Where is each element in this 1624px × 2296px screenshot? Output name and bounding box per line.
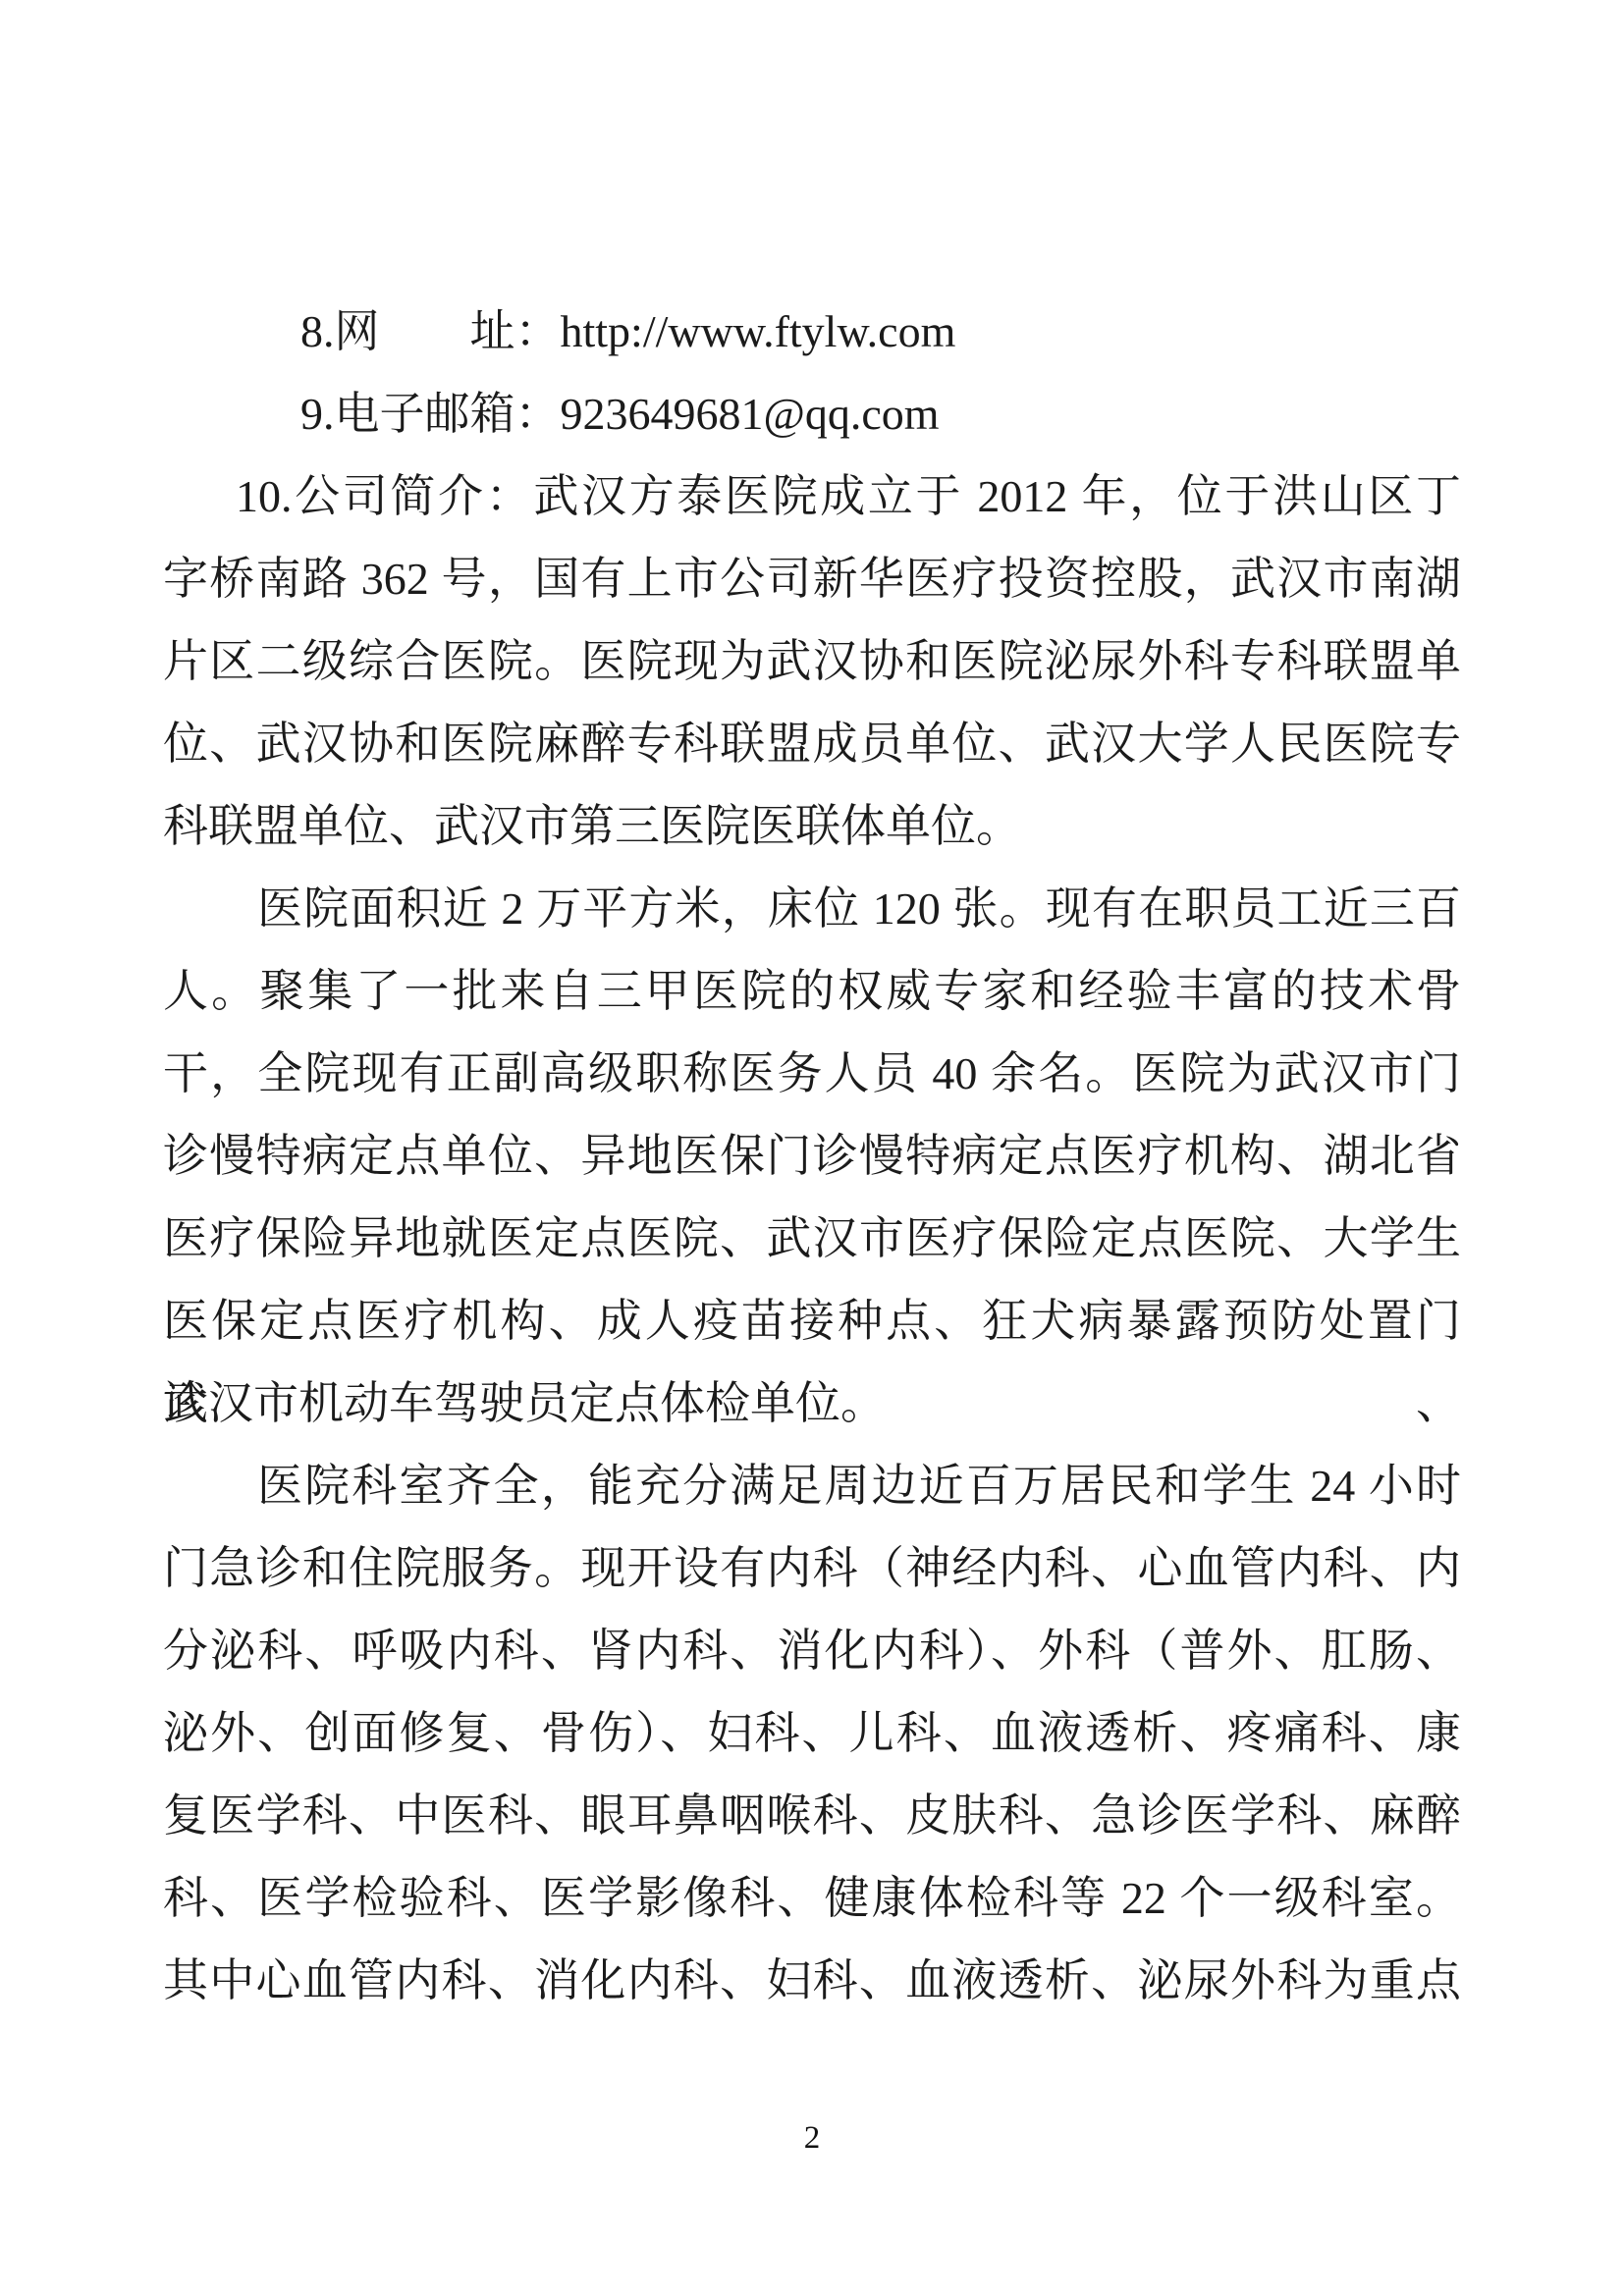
document-line: 医院科室齐全，能充分满足周边近百万居民和学生 24 小时 <box>163 1445 1461 1527</box>
document-line: 科、医学检验科、医学影像科、健康体检科等 22 个一级科室。 <box>163 1857 1461 1940</box>
document-line: 科联盟单位、武汉市第三医院医联体单位。 <box>163 785 1461 868</box>
page-number: 2 <box>804 2120 821 2156</box>
document-line: 10.公司简介：武汉方泰医院成立于 2012 年，位于洪山区丁 <box>163 455 1461 538</box>
document-line: 诊慢特病定点单位、异地医保门诊慢特病定点医疗机构、湖北省 <box>163 1115 1461 1198</box>
document-line: 位、武汉协和医院麻醉专科联盟成员单位、武汉大学人民医院专 <box>163 703 1461 785</box>
document-line: 分泌科、呼吸内科、肾内科、消化内科）、外科（普外、肛肠、 <box>163 1610 1461 1692</box>
document-line: 复医学科、中医科、眼耳鼻咽喉科、皮肤科、急诊医学科、麻醉 <box>163 1775 1461 1857</box>
page-footer: 2 <box>0 2109 1624 2167</box>
document-line: 门急诊和住院服务。现开设有内科（神经内科、心血管内科、内 <box>163 1527 1461 1610</box>
document-line: 字桥南路 362 号，国有上市公司新华医疗投资控股，武汉市南湖 <box>163 538 1461 620</box>
document-line: 泌外、创面修复、骨伤）、妇科、儿科、血液透析、疼痛科、康 <box>163 1692 1461 1775</box>
document-line: 8.网 址：http://www.ftylw.com <box>163 291 1461 373</box>
document-body: 8.网 址：http://www.ftylw.com9.电子邮箱：9236496… <box>163 291 1461 2022</box>
document-line: 干，全院现有正副高级职称医务人员 40 余名。医院为武汉市门 <box>163 1033 1461 1115</box>
document-line: 人。聚集了一批来自三甲医院的权威专家和经验丰富的技术骨 <box>163 950 1461 1033</box>
document-page: 8.网 址：http://www.ftylw.com9.电子邮箱：9236496… <box>0 0 1624 2296</box>
document-line: 9.电子邮箱：923649681@qq.com <box>163 373 1461 455</box>
document-line: 其中心血管内科、消化内科、妇科、血液透析、泌尿外科为重点 <box>163 1940 1461 2022</box>
document-line: 医院面积近 2 万平方米，床位 120 张。现有在职员工近三百 <box>163 868 1461 950</box>
document-line: 医保定点医疗机构、成人疫苗接种点、狂犬病暴露预防处置门诊、 <box>163 1280 1461 1362</box>
document-line: 片区二级综合医院。医院现为武汉协和医院泌尿外科专科联盟单 <box>163 620 1461 703</box>
document-line: 医疗保险异地就医定点医院、武汉市医疗保险定点医院、大学生 <box>163 1198 1461 1280</box>
